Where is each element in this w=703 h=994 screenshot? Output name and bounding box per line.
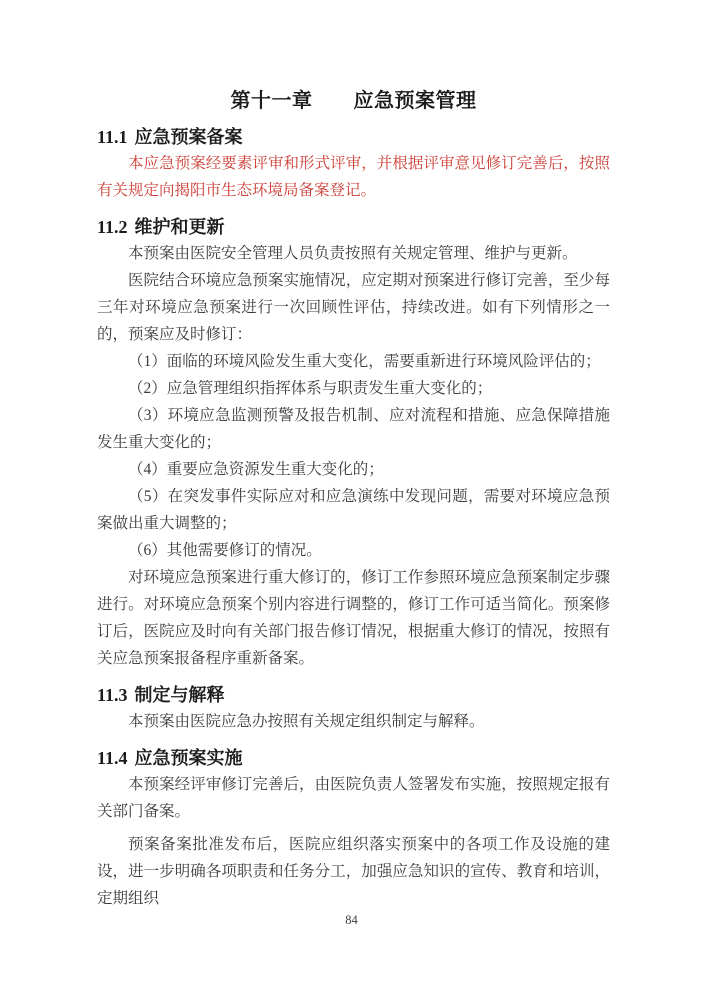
section-heading-11-4: 11.4应急预案实施 <box>97 745 610 771</box>
paragraph: 对环境应急预案进行重大修订的，修订工作参照环境应急预案制定步骤进行。对环境应急预… <box>97 564 610 672</box>
section-heading-text: 应急预案备案 <box>135 127 243 147</box>
list-item-paragraph-2: （2）应急管理组织指挥体系与职责发生重大变化的； <box>97 375 610 402</box>
section-heading-text: 制定与解释 <box>135 685 225 705</box>
list-item-paragraph-5: （5）在突发事件实际应对和应急演练中发现问题，需要对环境应急预案做出重大调整的； <box>97 483 610 537</box>
paragraph: 本预案经评审修订完善后，由医院负责人签署发布实施，按照规定报有关部门备案。 <box>97 771 610 825</box>
paragraph-filing-red: 本应急预案经要素评审和形式评审，并根据评审意见修订完善后，按照有关规定向揭阳市生… <box>97 150 610 204</box>
section-heading-text: 维护和更新 <box>135 217 225 237</box>
section-number: 11.3 <box>97 685 128 705</box>
list-item-paragraph-1: （1）面临的环境风险发生重大变化，需要重新进行环境风险评估的； <box>97 348 610 375</box>
paragraph: 医院结合环境应急预案实施情况，应定期对预案进行修订完善，至少每三年对环境应急预案… <box>97 267 610 348</box>
paragraph: 本预案由医院应急办按照有关规定组织制定与解释。 <box>97 708 610 735</box>
section-heading-11-1: 11.1应急预案备案 <box>97 124 610 150</box>
list-item-paragraph-4: （4）重要应急资源发生重大变化的； <box>97 456 610 483</box>
section-number: 11.1 <box>97 127 128 147</box>
page-number: 84 <box>0 910 703 930</box>
list-item-paragraph-3: （3）环境应急监测预警及报告机制、应对流程和措施、应急保障措施发生重大变化的； <box>97 402 610 456</box>
chapter-title: 第十一章 应急预案管理 <box>97 88 610 114</box>
section-heading-text: 应急预案实施 <box>135 748 243 768</box>
section-number: 11.4 <box>97 748 128 768</box>
section-number: 11.2 <box>97 217 128 237</box>
section-heading-11-3: 11.3制定与解释 <box>97 682 610 708</box>
document-page: 第十一章 应急预案管理 11.1应急预案备案 本应急预案经要素评审和形式评审，并… <box>0 0 703 994</box>
paragraph: 本预案由医院安全管理人员负责按照有关规定管理、维护与更新。 <box>97 240 610 267</box>
list-item-paragraph-6: （6）其他需要修订的情况。 <box>97 537 610 564</box>
document-content: 第十一章 应急预案管理 11.1应急预案备案 本应急预案经要素评审和形式评审，并… <box>97 88 610 912</box>
section-heading-11-2: 11.2维护和更新 <box>97 214 610 240</box>
paragraph: 预案备案批准发布后，医院应组织落实预案中的各项工作及设施的建设，进一步明确各项职… <box>97 831 610 912</box>
